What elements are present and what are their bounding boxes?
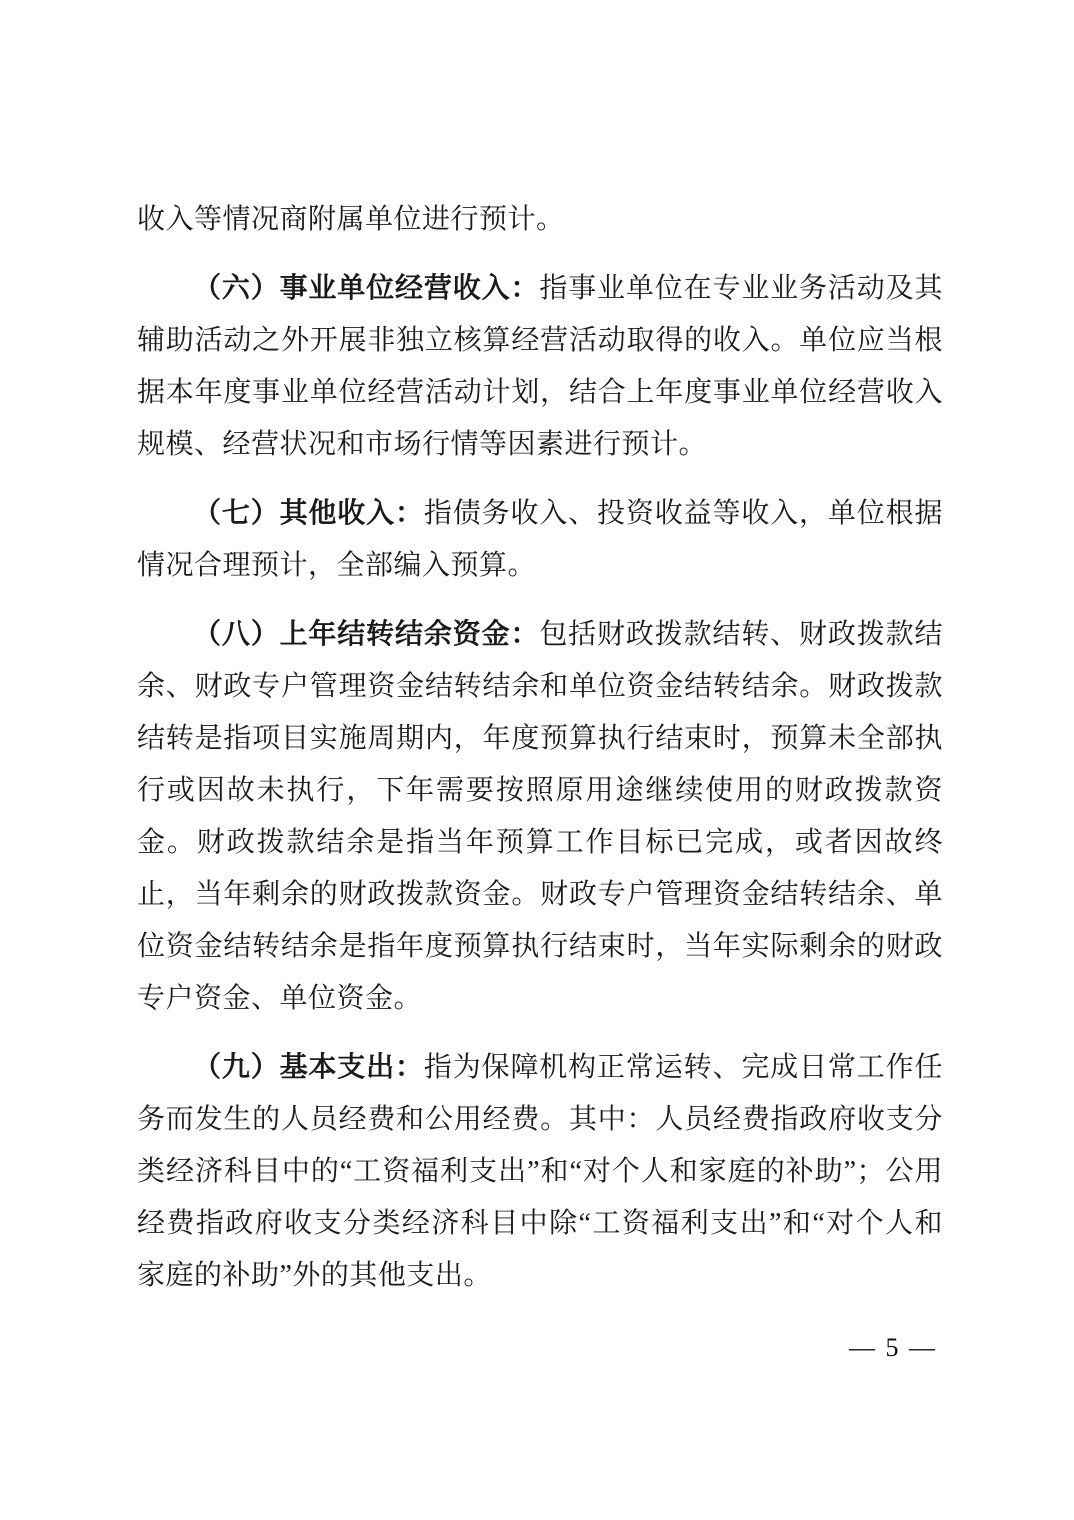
paragraph-lead: （七）其他收入：	[193, 498, 424, 529]
paragraph-item-7: （七）其他收入：指债务收入、投资收益等收入，单位根据情况合理预计，全部编入预算。	[137, 488, 943, 592]
paragraph-lead: （八）上年结转结余资金：	[193, 619, 539, 650]
paragraph-text: 包括财政拨款结转、财政拨款结余、财政专户管理资金结转结余和单位资金结转结余。财政…	[137, 619, 943, 1014]
page-number: — 5 —	[849, 1330, 937, 1366]
paragraph-item-8: （八）上年结转结余资金：包括财政拨款结转、财政拨款结余、财政专户管理资金结转结余…	[137, 609, 943, 1025]
document-body: 收入等情况商附属单位进行预计。 （六）事业单位经营收入：指事业单位在专业业务活动…	[137, 194, 943, 1302]
paragraph-continuation: 收入等情况商附属单位进行预计。	[137, 194, 943, 246]
paragraph-item-6: （六）事业单位经营收入：指事业单位在专业业务活动及其辅助活动之外开展非独立核算经…	[137, 263, 943, 471]
document-page: 收入等情况商附属单位进行预计。 （六）事业单位经营收入：指事业单位在专业业务活动…	[0, 0, 1074, 1520]
paragraph-lead: （九）基本支出：	[193, 1052, 424, 1083]
paragraph-text: 指为保障机构正常运转、完成日常工作任务而发生的人员经费和公用经费。其中：人员经费…	[137, 1052, 943, 1291]
paragraph-lead: （六）事业单位经营收入：	[193, 273, 539, 304]
paragraph-text: 收入等情况商附属单位进行预计。	[137, 204, 565, 235]
paragraph-item-9: （九）基本支出：指为保障机构正常运转、完成日常工作任务而发生的人员经费和公用经费…	[137, 1042, 943, 1302]
